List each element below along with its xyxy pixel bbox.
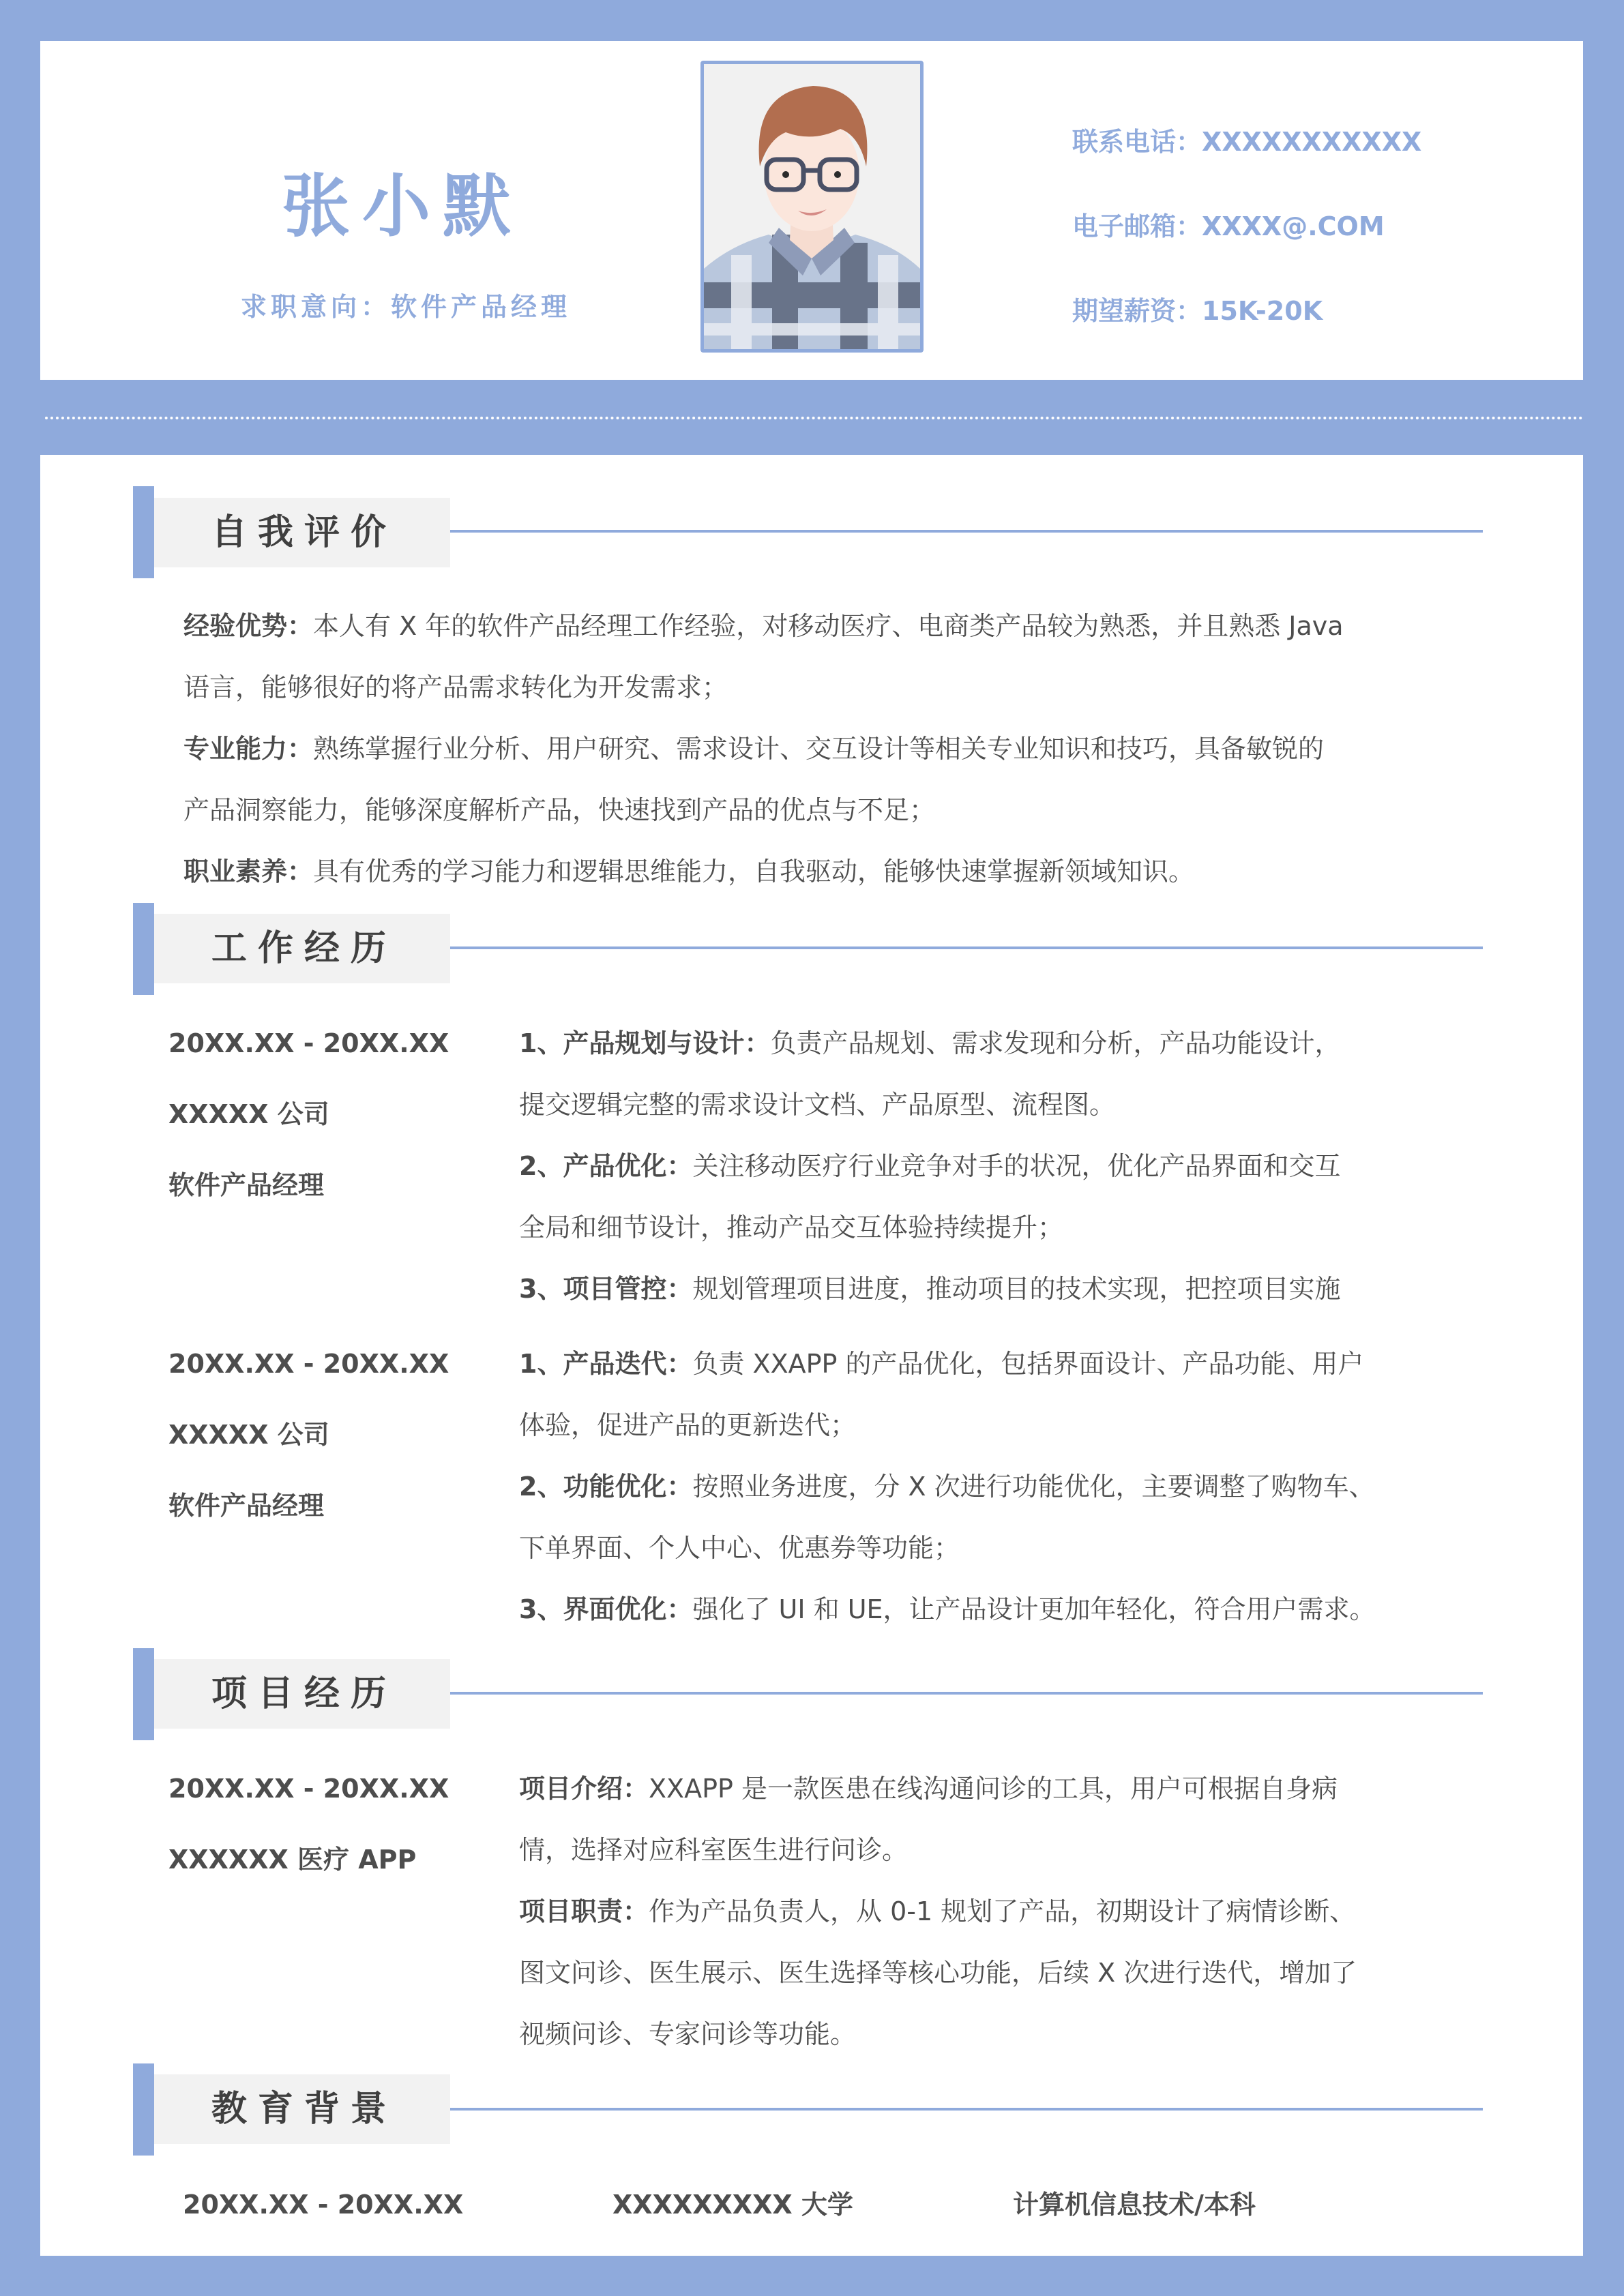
job-duty-line: 体验，促进产品的更新迭代； bbox=[519, 1405, 856, 1446]
self-eval-line: 职业素养：具有优秀的学习能力和逻辑思维能力，自我驱动，能够快速掌握新领域知识。 bbox=[183, 851, 1194, 892]
section-header-education: 教育背景 bbox=[154, 2074, 450, 2144]
self-eval-line: 经验优势：本人有 X 年的软件产品经理工作经验，对移动医疗、电商类产品较为熟悉，… bbox=[183, 606, 1344, 646]
job-role: 软件产品经理 bbox=[168, 1165, 324, 1206]
project-name: XXXXXX 医疗 APP bbox=[168, 1839, 416, 1880]
section-divider bbox=[450, 1692, 1483, 1695]
job-duty-line: 全局和细节设计，推动产品交互体验持续提升； bbox=[519, 1207, 1063, 1248]
phone-label: 联系电话： bbox=[1072, 127, 1202, 157]
project-line: 情，选择对应科室医生进行问诊。 bbox=[519, 1830, 908, 1870]
avatar-illustration-icon bbox=[704, 64, 920, 349]
section-accent-bar bbox=[133, 2063, 154, 2156]
self-eval-line: 语言，能够很好的将产品需求转化为开发需求； bbox=[183, 667, 728, 708]
project-line: 图文问诊、医生展示、医生选择等核心功能，后续 X 次进行迭代，增加了 bbox=[519, 1952, 1357, 1993]
contact-phone: 联系电话：XXXXXXXXXXX bbox=[1072, 123, 1421, 161]
phone-value: XXXXXXXXXXX bbox=[1202, 127, 1421, 157]
section-accent-bar bbox=[133, 903, 154, 995]
job-duty-line: 1、产品迭代：负责 XXAPP 的产品优化，包括界面设计、产品功能、用户 bbox=[519, 1343, 1364, 1384]
job-duty-line: 提交逻辑完整的需求设计文档、产品原型、流程图。 bbox=[519, 1084, 1115, 1125]
section-header-work: 工作经历 bbox=[154, 914, 450, 983]
dotted-divider bbox=[45, 417, 1584, 419]
job-intent: 求职意向：软件产品经理 bbox=[205, 286, 607, 327]
section-accent-bar bbox=[133, 1648, 154, 1740]
contact-email: 电子邮箱：XXXX@.COM bbox=[1072, 207, 1385, 245]
section-header-self-eval: 自我评价 bbox=[154, 498, 450, 567]
section-divider bbox=[450, 530, 1483, 533]
education-school: XXXXXXXXX 大学 bbox=[612, 2184, 853, 2225]
salary-value: 15K-20K bbox=[1202, 296, 1323, 326]
section-title: 项目经历 bbox=[154, 1659, 450, 1729]
job-duty-line: 2、产品优化：关注移动医疗行业竞争对手的状况，优化产品界面和交互 bbox=[519, 1146, 1340, 1187]
job-period: 20XX.XX - 20XX.XX bbox=[168, 1343, 449, 1384]
section-accent-bar bbox=[133, 486, 154, 578]
job-duty-line: 3、项目管控：规划管理项目进度，推动项目的技术实现，把控项目实施 bbox=[519, 1268, 1340, 1309]
section-divider bbox=[450, 2108, 1483, 2111]
self-eval-line: 产品洞察能力，能够深度解析产品，快速找到产品的优点与不足； bbox=[183, 790, 935, 831]
project-line: 视频问诊、专家问诊等功能。 bbox=[519, 2014, 856, 2055]
project-period: 20XX.XX - 20XX.XX bbox=[168, 1768, 449, 1809]
job-role: 软件产品经理 bbox=[168, 1485, 324, 1526]
education-major: 计算机信息技术/本科 bbox=[1013, 2184, 1256, 2225]
section-divider bbox=[450, 946, 1483, 949]
email-label: 电子邮箱： bbox=[1072, 211, 1202, 241]
section-title: 工作经历 bbox=[154, 914, 450, 983]
section-header-projects: 项目经历 bbox=[154, 1659, 450, 1729]
self-eval-line: 专业能力：熟练掌握行业分析、用户研究、需求设计、交互设计等相关专业知识和技巧，具… bbox=[183, 728, 1324, 769]
contact-salary: 期望薪资：15K-20K bbox=[1072, 292, 1323, 330]
job-duty-line: 3、界面优化：强化了 UI 和 UE，让产品设计更加年轻化，符合用户需求。 bbox=[519, 1589, 1376, 1630]
job-duty-line: 1、产品规划与设计：负责产品规划、需求发现和分析，产品功能设计， bbox=[519, 1023, 1340, 1064]
job-duty-line: 2、功能优化：按照业务进度，分 X 次进行功能优化，主要调整了购物车、 bbox=[519, 1466, 1375, 1507]
job-duty-line: 下单界面、个人中心、优惠券等功能； bbox=[519, 1527, 960, 1568]
section-title: 自我评价 bbox=[154, 498, 450, 567]
project-line: 项目职责：作为产品负责人，从 0-1 规划了产品，初期设计了病情诊断、 bbox=[519, 1891, 1355, 1932]
job-company: XXXXX 公司 bbox=[168, 1414, 329, 1455]
profile-photo bbox=[700, 61, 924, 353]
section-title: 教育背景 bbox=[154, 2074, 450, 2144]
job-period: 20XX.XX - 20XX.XX bbox=[168, 1023, 449, 1064]
candidate-name: 张小默 bbox=[225, 162, 580, 251]
education-period: 20XX.XX - 20XX.XX bbox=[183, 2184, 463, 2225]
project-line: 项目介绍：XXAPP 是一款医患在线沟通问诊的工具，用户可根据自身病 bbox=[519, 1768, 1338, 1809]
salary-label: 期望薪资： bbox=[1072, 296, 1202, 326]
job-company: XXXXX 公司 bbox=[168, 1094, 329, 1135]
email-value: XXXX@.COM bbox=[1202, 211, 1385, 241]
